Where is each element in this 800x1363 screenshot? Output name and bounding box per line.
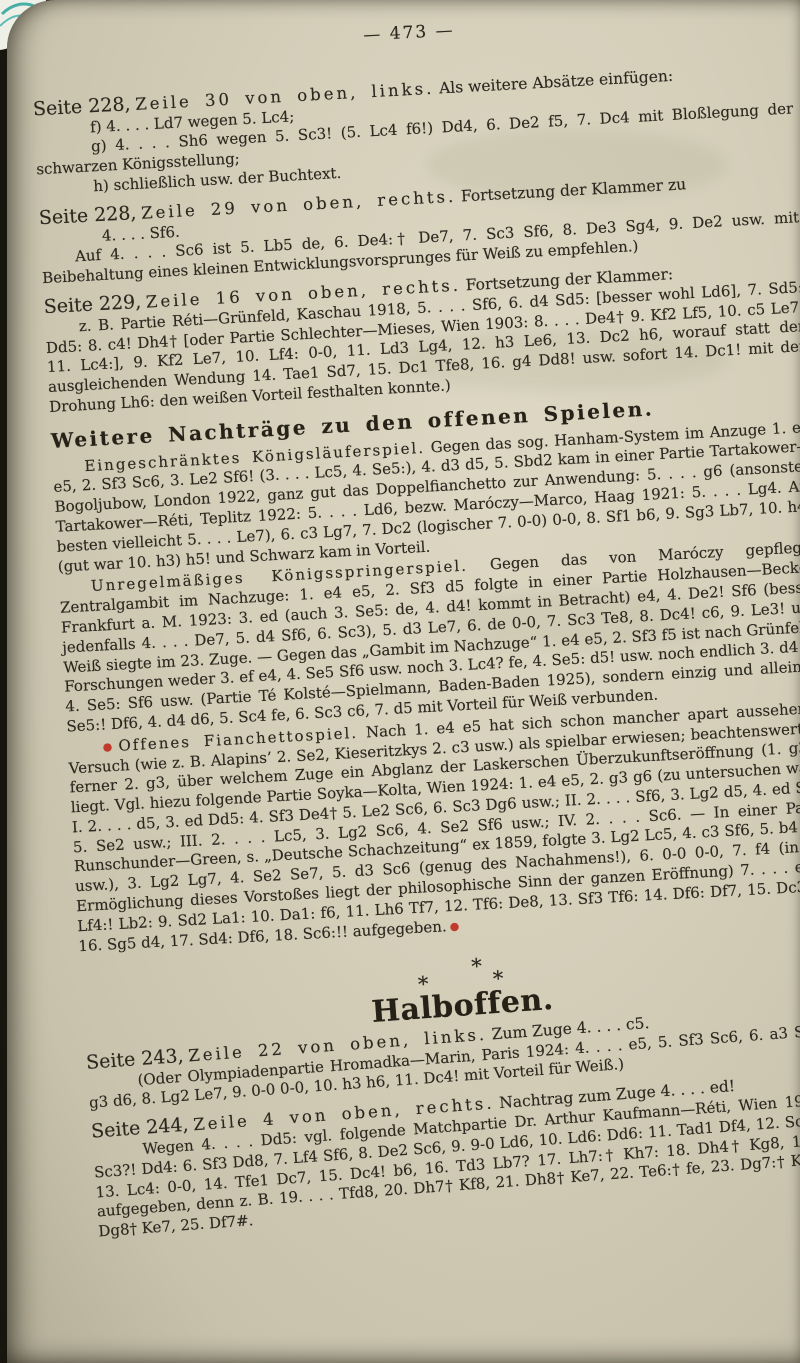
book-page: — 473 — Seite 228, Zeile 30 von oben, li…: [7, 0, 800, 1363]
red-dot-mark: ●: [99, 739, 119, 753]
page-number: — 473 —: [30, 3, 789, 64]
page-number-text: — 473 —: [363, 21, 455, 46]
scanned-book-photo: { "header": { "page_number": "— 473 —" }…: [0, 0, 800, 1363]
page-content: — 473 — Seite 228, Zeile 30 von oben, li…: [30, 3, 800, 1238]
red-dot-mark: ●: [446, 919, 462, 933]
paragraph-fianchettospiel: ●Offenes Fianchettospiel. Nach 1. e4 e5 …: [67, 698, 800, 956]
lower-page-section: * * * Halboffen. Seite 243, Zeile 22 von…: [81, 934, 800, 1243]
